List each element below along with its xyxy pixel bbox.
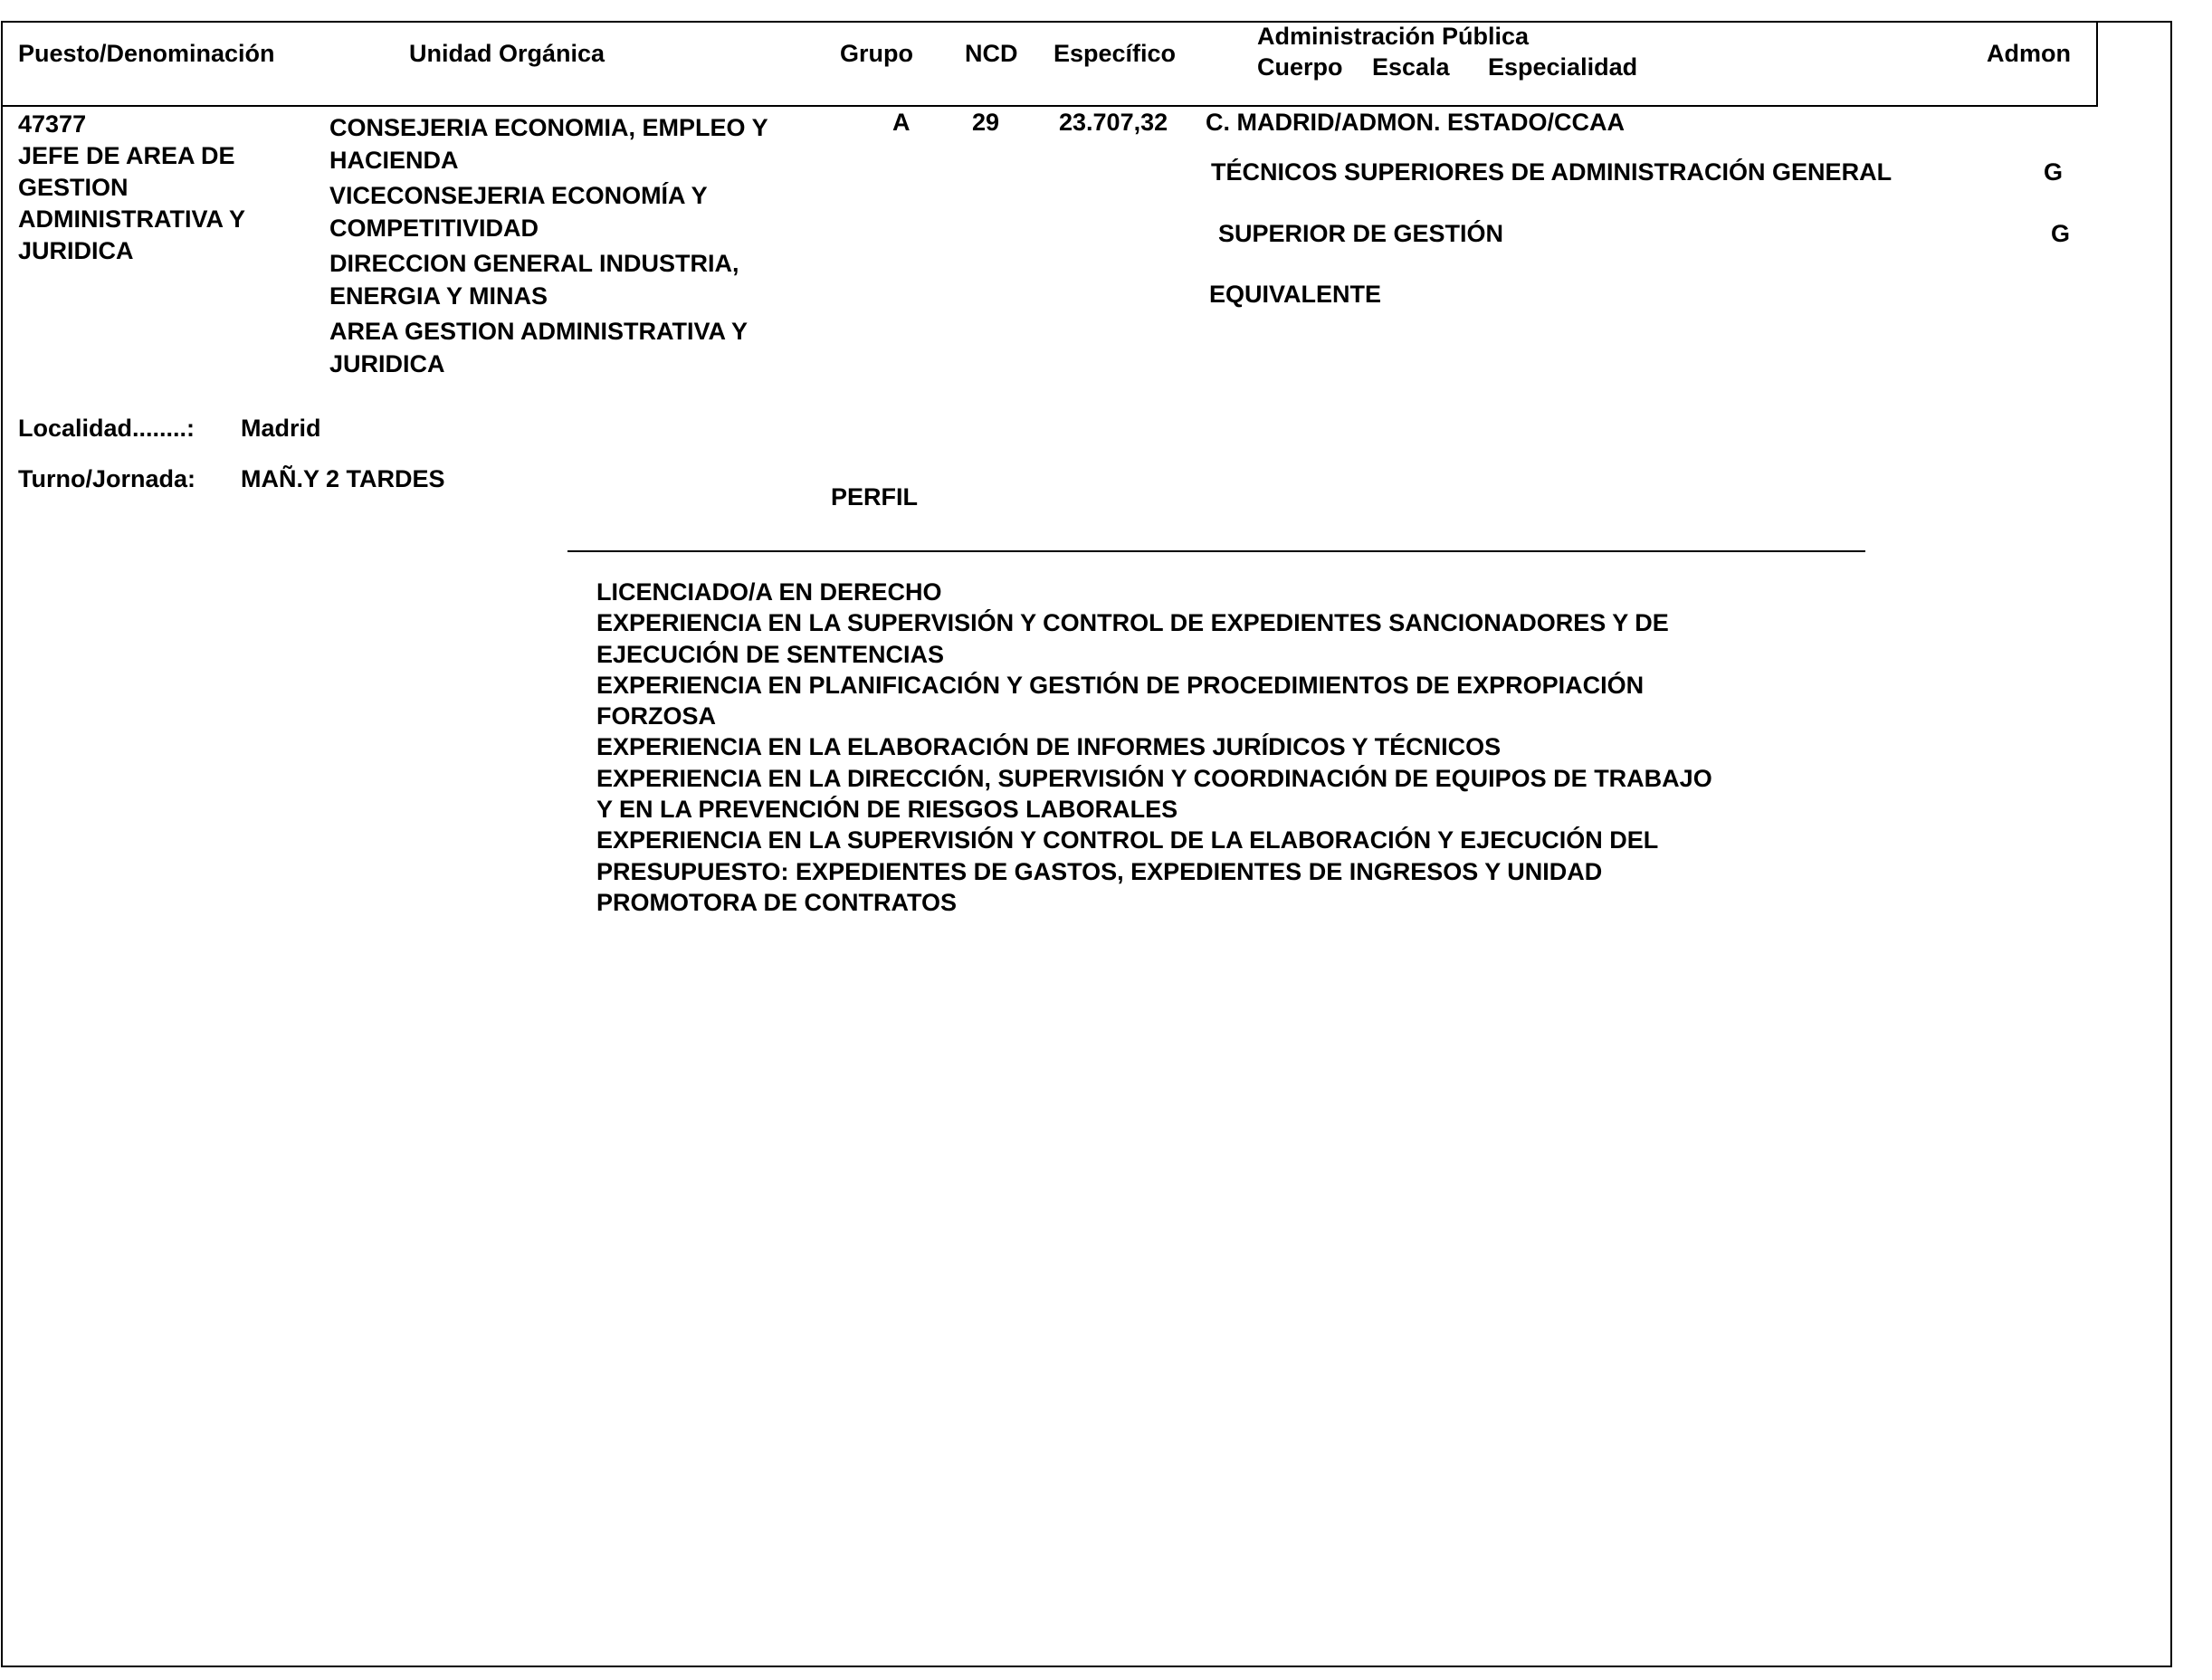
localidad-label: Localidad........:	[18, 416, 195, 441]
header-cuerpo: Cuerpo	[1257, 55, 1343, 80]
perfil-line: EXPERIENCIA EN PLANIFICACIÓN Y GESTIÓN D…	[596, 670, 1712, 701]
escala-value: SUPERIOR DE GESTIÓN	[1218, 222, 1503, 246]
puesto-denominacion-line: JEFE DE AREA DE	[18, 140, 245, 172]
especialidad-value: EQUIVALENTE	[1209, 282, 1381, 307]
perfil-line: EXPERIENCIA EN LA SUPERVISIÓN Y CONTROL …	[596, 825, 1712, 855]
perfil-line: LICENCIADO/A EN DERECHO	[596, 577, 1712, 607]
turno-label: Turno/Jornada:	[18, 467, 195, 492]
perfil-line: EXPERIENCIA EN LA DIRECCIÓN, SUPERVISIÓN…	[596, 763, 1712, 794]
perfil-title: PERFIL	[831, 485, 918, 510]
perfil-line: EXPERIENCIA EN LA SUPERVISIÓN Y CONTROL …	[596, 607, 1712, 638]
perfil-line: PROMOTORA DE CONTRATOS	[596, 887, 1712, 918]
puesto-denominacion-line: JURIDICA	[18, 235, 245, 267]
puesto-cell: 47377 JEFE DE AREA DE GESTION ADMINISTRA…	[18, 109, 245, 267]
unidad-organica-line: COMPETITIVIDAD	[329, 213, 768, 245]
header-unidad-organica: Unidad Orgánica	[409, 42, 605, 66]
header-puesto: Puesto/Denominación	[18, 42, 275, 66]
header-ncd: NCD	[965, 42, 1018, 66]
unidad-organica-line: DIRECCION GENERAL INDUSTRIA,	[329, 248, 768, 281]
table-header-box	[1, 21, 2098, 107]
perfil-requirements: LICENCIADO/A EN DERECHO EXPERIENCIA EN L…	[596, 577, 1712, 918]
unidad-organica-line: AREA GESTION ADMINISTRATIVA Y	[329, 316, 768, 348]
header-admon: Admon	[1987, 42, 2071, 66]
puesto-denominacion-line: GESTION	[18, 172, 245, 204]
puesto-codigo: 47377	[18, 109, 245, 140]
unidad-organica-line: HACIENDA	[329, 145, 768, 177]
cuerpo-value: TÉCNICOS SUPERIORES DE ADMINISTRACIÓN GE…	[1211, 160, 1892, 185]
perfil-line: Y EN LA PREVENCIÓN DE RIESGOS LABORALES	[596, 794, 1712, 825]
unidad-organica-line: JURIDICA	[329, 348, 768, 381]
turno-value: MAÑ.Y 2 TARDES	[241, 467, 445, 492]
grupo-value: A	[892, 110, 911, 135]
cuerpo-admon-value: G	[2044, 160, 2063, 185]
localidad-value: Madrid	[241, 416, 321, 441]
administracion-value: C. MADRID/ADMON. ESTADO/CCAA	[1206, 110, 1625, 135]
unidad-organica-cell: CONSEJERIA ECONOMIA, EMPLEO Y HACIENDA V…	[329, 112, 768, 380]
perfil-line: PRESUPUESTO: EXPEDIENTES DE GASTOS, EXPE…	[596, 856, 1712, 887]
header-especialidad: Especialidad	[1488, 55, 1637, 80]
header-especifico: Específico	[1054, 42, 1176, 66]
perfil-line: EXPERIENCIA EN LA ELABORACIÓN DE INFORME…	[596, 731, 1712, 762]
escala-admon-value: G	[2051, 222, 2070, 246]
unidad-organica-line: VICECONSEJERIA ECONOMÍA Y	[329, 180, 768, 213]
perfil-line: EJECUCIÓN DE SENTENCIAS	[596, 639, 1712, 670]
header-administracion-publica: Administración Pública	[1257, 24, 1529, 49]
perfil-divider	[567, 550, 1865, 552]
especifico-value: 23.707,32	[1059, 110, 1168, 135]
unidad-organica-line: ENERGIA Y MINAS	[329, 281, 768, 313]
puesto-denominacion-line: ADMINISTRATIVA Y	[18, 204, 245, 235]
header-grupo: Grupo	[840, 42, 913, 66]
ncd-value: 29	[972, 110, 999, 135]
perfil-line: FORZOSA	[596, 701, 1712, 731]
unidad-organica-line: CONSEJERIA ECONOMIA, EMPLEO Y	[329, 112, 768, 145]
header-escala: Escala	[1372, 55, 1450, 80]
